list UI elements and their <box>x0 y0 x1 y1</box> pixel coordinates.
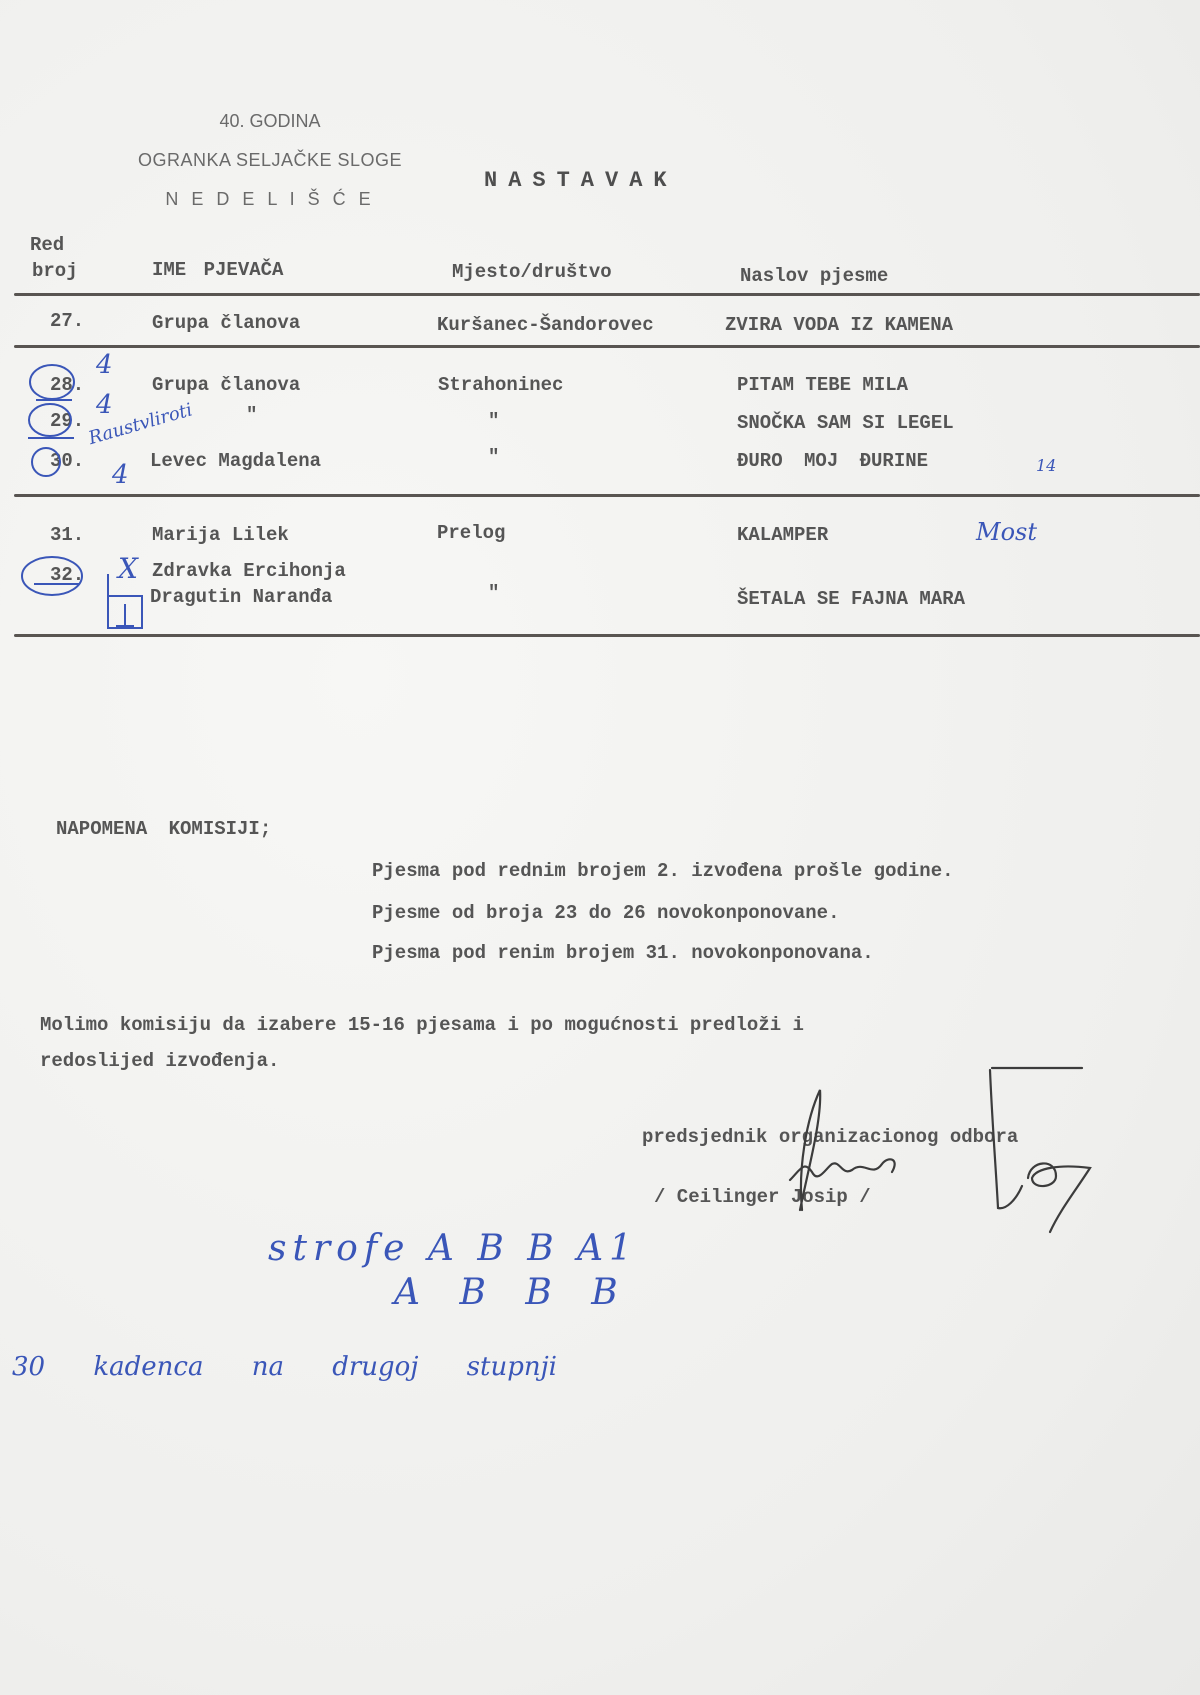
request-line-2: redoslijed izvođenja. <box>40 1050 279 1072</box>
letterhead-organization: OGRANKA SELJAČKE SLOGE <box>100 150 440 171</box>
singer-name: Grupa članova <box>152 312 300 334</box>
check-mark-30: 4 <box>112 460 129 490</box>
song-title: ŠETALA SE FAJNA MARA <box>737 588 965 610</box>
check-mark-28: 4 <box>96 350 113 380</box>
place-society: Prelog <box>437 522 505 544</box>
check-mark-29: 4 <box>96 390 113 420</box>
song-title: ZVIRA VODA IZ KAMENA <box>725 314 953 336</box>
handwritten-x-mark: X <box>118 552 138 585</box>
note-line: Pjesme od broja 23 do 26 novokonponovane… <box>372 902 839 924</box>
song-title: ĐURO MOJ ĐURINE <box>737 450 928 472</box>
request-line-1: Molimo komisiju da izabere 15-16 pjesama… <box>40 1014 804 1036</box>
header-red: Red <box>30 234 64 256</box>
handwritten-strofe-line-1: strofe A B B A1 <box>268 1228 638 1269</box>
handwritten-strofe-line-2: A B B B <box>394 1272 632 1313</box>
note-line: Pjesma pod renim brojem 31. novokonponov… <box>372 942 874 964</box>
song-title: SNOČKA SAM SI LEGEL <box>737 412 954 434</box>
place-society: " <box>488 582 499 604</box>
table-rule <box>14 293 1200 296</box>
header-song-title: Naslov pjesme <box>740 265 888 287</box>
header-singer-name: IME PJEVAČA <box>152 259 283 281</box>
pen-circle-marks-icon <box>0 340 300 640</box>
handwritten-number-14: 14 <box>1036 456 1056 475</box>
row-number: 27. <box>50 310 84 332</box>
song-title: KALAMPER <box>737 524 828 546</box>
place-society: " <box>488 446 499 468</box>
header-place-society: Mjesto/društvo <box>452 261 612 283</box>
letterhead-year: 40. GODINA <box>100 111 440 132</box>
place-society: Kuršanec-Šandorovec <box>437 314 654 336</box>
place-society: " <box>488 410 499 432</box>
handwritten-bottom-note: 30 kadenca na drugoj stupnji <box>12 1352 557 1382</box>
document-title: NASTAVAK <box>484 168 678 193</box>
song-title: PITAM TEBE MILA <box>737 374 908 396</box>
handwritten-signature-icon <box>760 1060 1100 1240</box>
header-broj: broj <box>32 260 78 282</box>
notes-heading: NAPOMENA KOMISIJI; <box>56 818 271 840</box>
letterhead-town: N E D E L I Š Ć E <box>100 189 440 210</box>
handwritten-note-most: Most <box>976 518 1037 546</box>
place-society: Strahoninec <box>438 374 563 396</box>
note-line: Pjesma pod rednim brojem 2. izvođena pro… <box>372 860 954 882</box>
